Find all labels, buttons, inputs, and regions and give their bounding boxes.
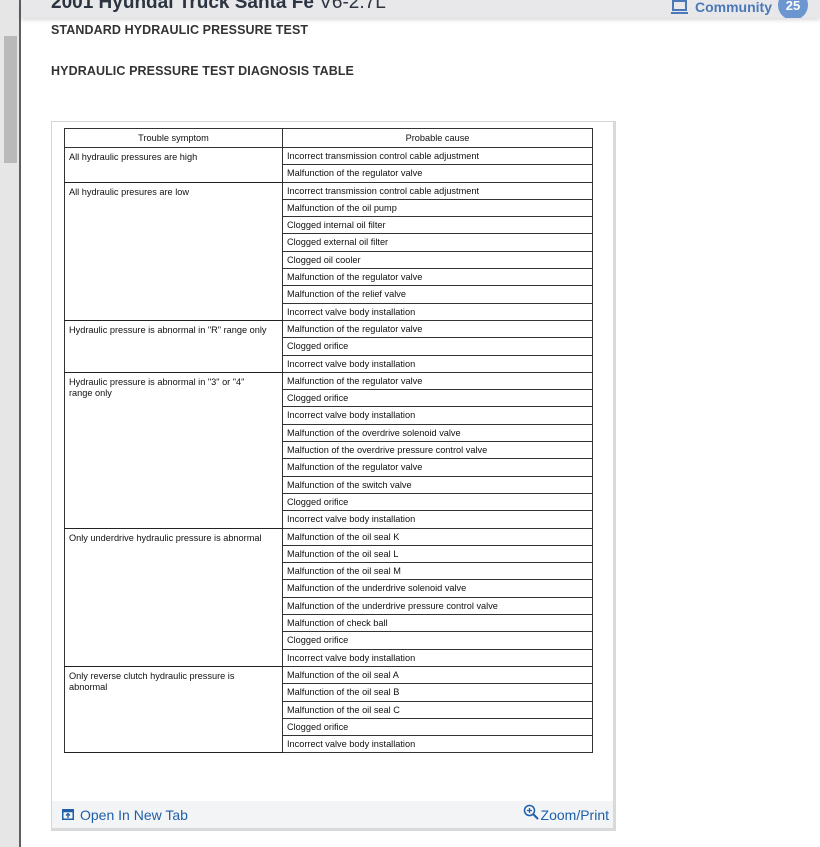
section-heading-diagnosis-table: HYDRAULIC PRESSURE TEST DIAGNOSIS TABLE (51, 64, 354, 78)
probable-cause-cell: Incorrect transmission control cable adj… (283, 148, 593, 165)
zoom-print-label: Zoom/Print (541, 807, 609, 823)
zoom-in-icon (523, 804, 539, 820)
trouble-symptom-cell: All hydraulic presures are low (65, 182, 283, 320)
probable-cause-cell: Malfunction of the oil seal M (283, 563, 593, 580)
probable-cause-cell: Clogged orifice (283, 493, 593, 510)
table-row: Only underdrive hydraulic pressure is ab… (65, 528, 593, 545)
probable-cause-cell: Malfunction of the switch valve (283, 476, 593, 493)
left-gutter (0, 0, 21, 847)
table-row: Hydraulic pressure is abnormal in "3" or… (65, 372, 593, 389)
probable-cause-cell: Malfunction of the underdrive solenoid v… (283, 580, 593, 597)
probable-cause-cell: Clogged oil cooler (283, 251, 593, 268)
probable-cause-cell: Incorrect valve body installation (283, 303, 593, 320)
section-heading-standard-test: STANDARD HYDRAULIC PRESSURE TEST (51, 23, 308, 37)
probable-cause-cell: Incorrect valve body installation (283, 407, 593, 424)
figure-footer: Open In New Tab Zoom/Print (52, 801, 613, 828)
community-label: Community (695, 0, 772, 15)
table-row: Hydraulic pressure is abnormal in "R" ra… (65, 320, 593, 337)
trouble-symptom-cell: Only reverse clutch hydraulic pressure i… (65, 666, 283, 752)
trouble-symptom-cell: Only underdrive hydraulic pressure is ab… (65, 528, 283, 666)
probable-cause-cell: Incorrect valve body installation (283, 649, 593, 666)
probable-cause-cell: Clogged orifice (283, 632, 593, 649)
probable-cause-cell: Malfunction of the oil seal B (283, 684, 593, 701)
trouble-symptom-cell: Hydraulic pressure is abnormal in "R" ra… (65, 320, 283, 372)
vehicle-title: 2001 Hyundai Truck Santa Fe V6-2.7L (51, 0, 386, 14)
zoom-print-link[interactable]: Zoom/Print (523, 807, 609, 823)
probable-cause-cell: Malfunction of the oil pump (283, 199, 593, 216)
open-new-tab-icon (62, 809, 74, 820)
probable-cause-cell: Malfuction of the overdrive pressure con… (283, 442, 593, 459)
probable-cause-cell: Malfunction of the regulator valve (283, 269, 593, 286)
probable-cause-cell: Malfunction of the overdrive solenoid va… (283, 424, 593, 441)
table-header-row: Trouble symptom Probable cause (65, 129, 593, 148)
probable-cause-cell: Malfunction of the oil seal K (283, 528, 593, 545)
probable-cause-cell: Incorrect valve body installation (283, 511, 593, 528)
probable-cause-cell: Clogged external oil filter (283, 234, 593, 251)
table-row: All hydraulic pressures are highIncorrec… (65, 148, 593, 165)
probable-cause-cell: Malfunction of the regulator valve (283, 459, 593, 476)
community-count-badge: 25 (778, 0, 808, 18)
column-header-symptom: Trouble symptom (65, 129, 283, 148)
engine-label: V6-2.7L (319, 0, 386, 13)
probable-cause-cell: Incorrect valve body installation (283, 355, 593, 372)
open-in-new-tab-label: Open In New Tab (80, 807, 188, 823)
probable-cause-cell: Incorrect valve body installation (283, 736, 593, 753)
probable-cause-cell: Malfunction of the regulator valve (283, 320, 593, 337)
probable-cause-cell: Malfunction of the oil seal C (283, 701, 593, 718)
open-in-new-tab-link[interactable]: Open In New Tab (62, 807, 188, 823)
probable-cause-cell: Malfunction of check ball (283, 615, 593, 632)
probable-cause-cell: Malfunction of the relief valve (283, 286, 593, 303)
table-row: All hydraulic presures are lowIncorrect … (65, 182, 593, 199)
table-row: Only reverse clutch hydraulic pressure i… (65, 666, 593, 683)
trouble-symptom-cell: All hydraulic pressures are high (65, 148, 283, 183)
probable-cause-cell: Malfunction of the regulator valve (283, 165, 593, 182)
probable-cause-cell: Malfunction of the oil seal L (283, 545, 593, 562)
table-body: All hydraulic pressures are highIncorrec… (65, 148, 593, 753)
probable-cause-cell: Malfunction of the underdrive pressure c… (283, 597, 593, 614)
probable-cause-cell: Malfunction of the regulator valve (283, 372, 593, 389)
trouble-symptom-cell: Hydraulic pressure is abnormal in "3" or… (65, 372, 283, 528)
probable-cause-cell: Clogged internal oil filter (283, 217, 593, 234)
scrollbar-thumb[interactable] (4, 36, 17, 163)
probable-cause-cell: Clogged orifice (283, 390, 593, 407)
chat-icon (671, 0, 689, 14)
column-header-cause: Probable cause (283, 129, 593, 148)
community-button[interactable]: Community 25 (671, 0, 808, 18)
vehicle-name: 2001 Hyundai Truck Santa Fe (51, 0, 314, 13)
probable-cause-cell: Incorrect transmission control cable adj… (283, 182, 593, 199)
page-header: 2001 Hyundai Truck Santa Fe V6-2.7L Comm… (21, 0, 820, 18)
probable-cause-cell: Clogged orifice (283, 338, 593, 355)
diagnosis-table: Trouble symptom Probable cause All hydra… (64, 128, 593, 753)
probable-cause-cell: Malfunction of the oil seal A (283, 666, 593, 683)
diagnosis-table-figure: Trouble symptom Probable cause All hydra… (51, 121, 616, 831)
probable-cause-cell: Clogged orifice (283, 718, 593, 735)
